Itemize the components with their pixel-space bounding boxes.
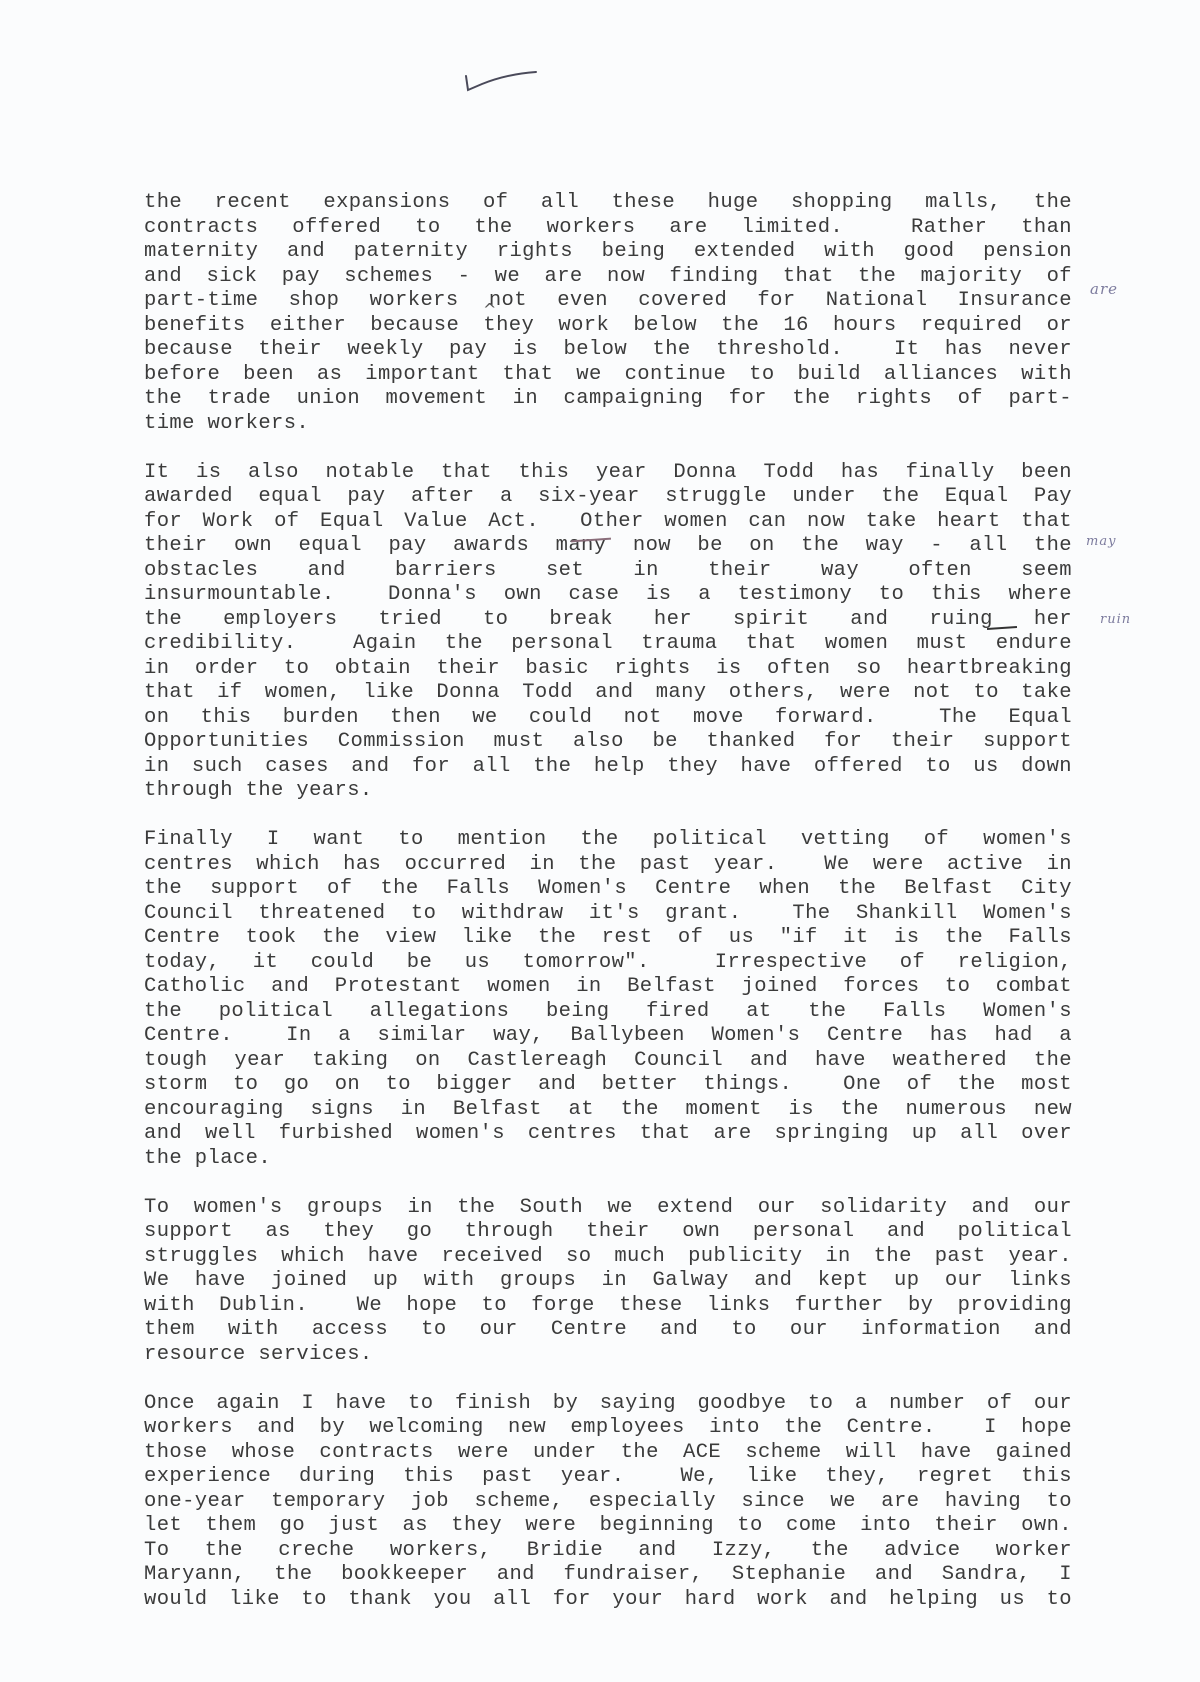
text-line: struggles which have received so much pu… <box>144 1245 1072 1270</box>
text-line: support as they go through their own per… <box>144 1220 1072 1245</box>
text-line: Finally I want to mention the political … <box>144 828 1072 853</box>
text-line: part-time shop workers not even covered … <box>144 289 1072 314</box>
text-line: through the years. <box>144 779 1072 804</box>
text-line: It is also notable that this year Donna … <box>144 461 1072 486</box>
text-line: obstacles and barriers set in their way … <box>144 559 1072 584</box>
text-line: with Dublin. We hope to forge these link… <box>144 1294 1072 1319</box>
text-line: resource services. <box>144 1343 1072 1368</box>
text-line: in such cases and for all the help they … <box>144 755 1072 780</box>
document-page: the recent expansions of all these huge … <box>0 0 1200 1682</box>
text-line: them with access to our Centre and to ou… <box>144 1318 1072 1343</box>
paragraph: Finally I want to mention the political … <box>144 828 1072 1171</box>
text-line: Maryann, the bookkeeper and fundraiser, … <box>144 1563 1072 1588</box>
text-line: on this burden then we could not move fo… <box>144 706 1072 731</box>
text-line: those whose contracts were under the ACE… <box>144 1441 1072 1466</box>
paragraph: It is also notable that this year Donna … <box>144 461 1072 804</box>
text-line: in order to obtain their basic rights is… <box>144 657 1072 682</box>
text-line: To the creche workers, Bridie and Izzy, … <box>144 1539 1072 1564</box>
check-mark-icon <box>462 68 538 98</box>
text-line: Centre. In a similar way, Ballybeen Wome… <box>144 1024 1072 1049</box>
text-line: storm to go on to bigger and better thin… <box>144 1073 1072 1098</box>
paragraph: Once again I have to finish by saying go… <box>144 1392 1072 1613</box>
text-line: encouraging signs in Belfast at the mome… <box>144 1098 1072 1123</box>
text-line: To women's groups in the South we extend… <box>144 1196 1072 1221</box>
text-line: We have joined up with groups in Galway … <box>144 1269 1072 1294</box>
text-line: benefits either because they work below … <box>144 314 1072 339</box>
text-line: the trade union movement in campaigning … <box>144 387 1072 412</box>
text-line: that if women, like Donna Todd and many … <box>144 681 1072 706</box>
margin-note-may: may <box>1086 534 1116 549</box>
text-line: experience during this past year. We, li… <box>144 1465 1072 1490</box>
text-line: because their weekly pay is below the th… <box>144 338 1072 363</box>
text-line: credibility. Again the personal trauma t… <box>144 632 1072 657</box>
text-line: the political allegations being fired at… <box>144 1000 1072 1025</box>
paragraph: the recent expansions of all these huge … <box>144 191 1072 436</box>
text-line: for Work of Equal Value Act. Other women… <box>144 510 1072 535</box>
text-line: one-year temporary job scheme, especiall… <box>144 1490 1072 1515</box>
text-line: insurmountable. Donna's own case is a te… <box>144 583 1072 608</box>
text-line: the place. <box>144 1147 1072 1172</box>
margin-note-ruin: ruin <box>1100 612 1131 627</box>
text-line: and well furbished women's centres that … <box>144 1122 1072 1147</box>
text-line: and sick pay schemes - we are now findin… <box>144 265 1072 290</box>
text-line: workers and by welcoming new employees i… <box>144 1416 1072 1441</box>
margin-note-are: are <box>1090 280 1118 298</box>
text-line: Council threatened to withdraw it's gran… <box>144 902 1072 927</box>
text-line: Once again I have to finish by saying go… <box>144 1392 1072 1417</box>
paragraph: To women's groups in the South we extend… <box>144 1196 1072 1368</box>
insertion-caret: ^ <box>483 300 496 319</box>
text-line: contracts offered to the workers are lim… <box>144 216 1072 241</box>
text-line: today, it could be us tomorrow". Irrespe… <box>144 951 1072 976</box>
text-line: centres which has occurred in the past y… <box>144 853 1072 878</box>
text-line: Centre took the view like the rest of us… <box>144 926 1072 951</box>
text-line: the support of the Falls Women's Centre … <box>144 877 1072 902</box>
text-line: awarded equal pay after a six-year strug… <box>144 485 1072 510</box>
text-line: Opportunities Commission must also be th… <box>144 730 1072 755</box>
text-line: the employers tried to break her spirit … <box>144 608 1072 633</box>
text-line: time workers. <box>144 412 1072 437</box>
text-line: Catholic and Protestant women in Belfast… <box>144 975 1072 1000</box>
text-line: tough year taking on Castlereagh Council… <box>144 1049 1072 1074</box>
document-body: the recent expansions of all these huge … <box>144 191 1072 1637</box>
text-line: let them go just as they were beginning … <box>144 1514 1072 1539</box>
text-line: before been as important that we continu… <box>144 363 1072 388</box>
text-line: the recent expansions of all these huge … <box>144 191 1072 216</box>
text-line: would like to thank you all for your har… <box>144 1588 1072 1613</box>
text-line: maternity and paternity rights being ext… <box>144 240 1072 265</box>
